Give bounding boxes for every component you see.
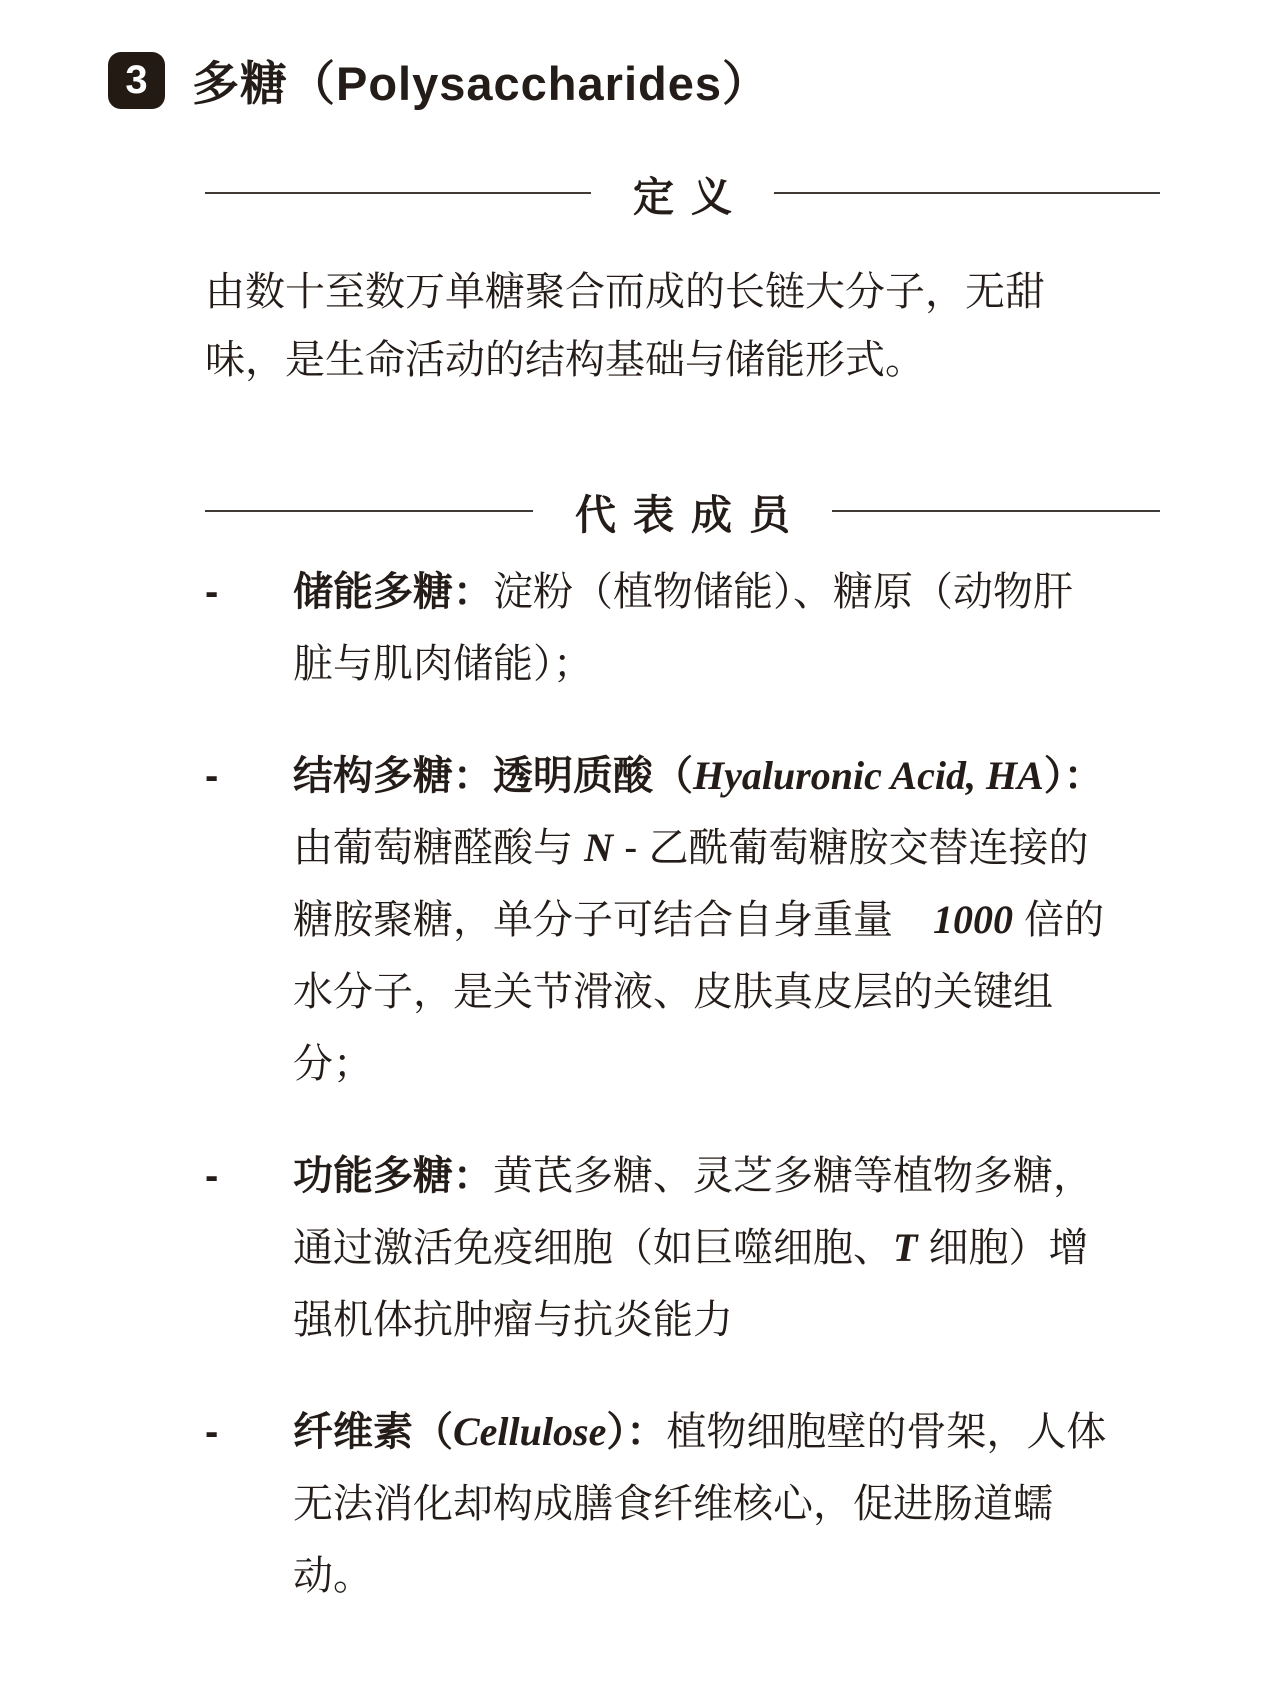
section-number-badge: 3 xyxy=(108,52,165,109)
latin-term: Cellulose xyxy=(453,1409,606,1454)
bullet-dash-marker: - xyxy=(205,1140,293,1356)
bullet-lead: 储能多糖： xyxy=(293,570,493,614)
members-divider-label: 代表成员 xyxy=(575,482,807,541)
page-title: 多糖（Polysaccharides） xyxy=(192,47,770,114)
bullet-text: 纤维素（Cellulose）：植物细胞壁的骨架，人体无法消化却构成膳食纤维核心，… xyxy=(293,1396,1160,1612)
list-item-structural-polysaccharide: - 结构多糖：透明质酸（Hyaluronic Acid, HA）：由葡萄糖醛酸与… xyxy=(205,740,1160,1100)
divider-members: 代表成员 xyxy=(205,482,1160,540)
divider-definition: 定义 xyxy=(205,164,1160,222)
document-page: 3 多糖（Polysaccharides） 定义 由数十至数万单糖聚合而成的长链… xyxy=(0,0,1280,1700)
latin-term: Hyaluronic Acid, HA xyxy=(693,753,1044,798)
list-item-storage-polysaccharide: - 储能多糖：淀粉（植物储能）、糖原（动物肝脏与肌肉储能）； xyxy=(205,556,1160,700)
bullet-lead: 功能多糖： xyxy=(293,1154,493,1198)
content-column: 定义 由数十至数万单糖聚合而成的长链大分子，无甜味，是生命活动的结构基础与储能形… xyxy=(205,164,1160,1612)
bullet-body: 由葡萄糖醛酸与 xyxy=(293,826,584,870)
bullet-dash-marker: - xyxy=(205,556,293,700)
bullet-lead: 纤维素（ xyxy=(293,1410,453,1454)
definition-paragraph: 由数十至数万单糖聚合而成的长链大分子，无甜味，是生命活动的结构基础与储能形式。 xyxy=(205,258,1097,394)
bullet-text: 结构多糖：透明质酸（Hyaluronic Acid, HA）：由葡萄糖醛酸与 N… xyxy=(293,740,1160,1100)
list-item-functional-polysaccharide: - 功能多糖：黄芪多糖、灵芝多糖等植物多糖，通过激活免疫细胞（如巨噬细胞、T 细… xyxy=(205,1140,1160,1356)
divider-line-left xyxy=(205,510,533,512)
bullet-text: 功能多糖：黄芪多糖、灵芝多糖等植物多糖，通过激活免疫细胞（如巨噬细胞、T 细胞）… xyxy=(293,1140,1160,1356)
latin-term: 1000 xyxy=(933,897,1013,942)
divider-line-left xyxy=(205,192,591,194)
divider-line-right xyxy=(832,510,1160,512)
bullet-lead: ）： xyxy=(1044,754,1104,798)
bullet-text: 储能多糖：淀粉（植物储能）、糖原（动物肝脏与肌肉储能）； xyxy=(293,556,1160,700)
bullet-lead: 结构多糖：透明质酸（ xyxy=(293,754,693,798)
section-header: 3 多糖（Polysaccharides） xyxy=(0,0,1280,114)
bullet-dash-marker: - xyxy=(205,1396,293,1612)
latin-term: T xyxy=(893,1225,917,1270)
list-item-cellulose: - 纤维素（Cellulose）：植物细胞壁的骨架，人体无法消化却构成膳食纤维核… xyxy=(205,1396,1160,1612)
bullet-dash-marker: - xyxy=(205,740,293,1100)
latin-term: N xyxy=(584,825,613,870)
divider-line-right xyxy=(774,192,1160,194)
definition-divider-label: 定义 xyxy=(633,164,749,223)
members-list: - 储能多糖：淀粉（植物储能）、糖原（动物肝脏与肌肉储能）； - 结构多糖：透明… xyxy=(205,556,1160,1612)
bullet-lead: ）： xyxy=(606,1410,666,1454)
